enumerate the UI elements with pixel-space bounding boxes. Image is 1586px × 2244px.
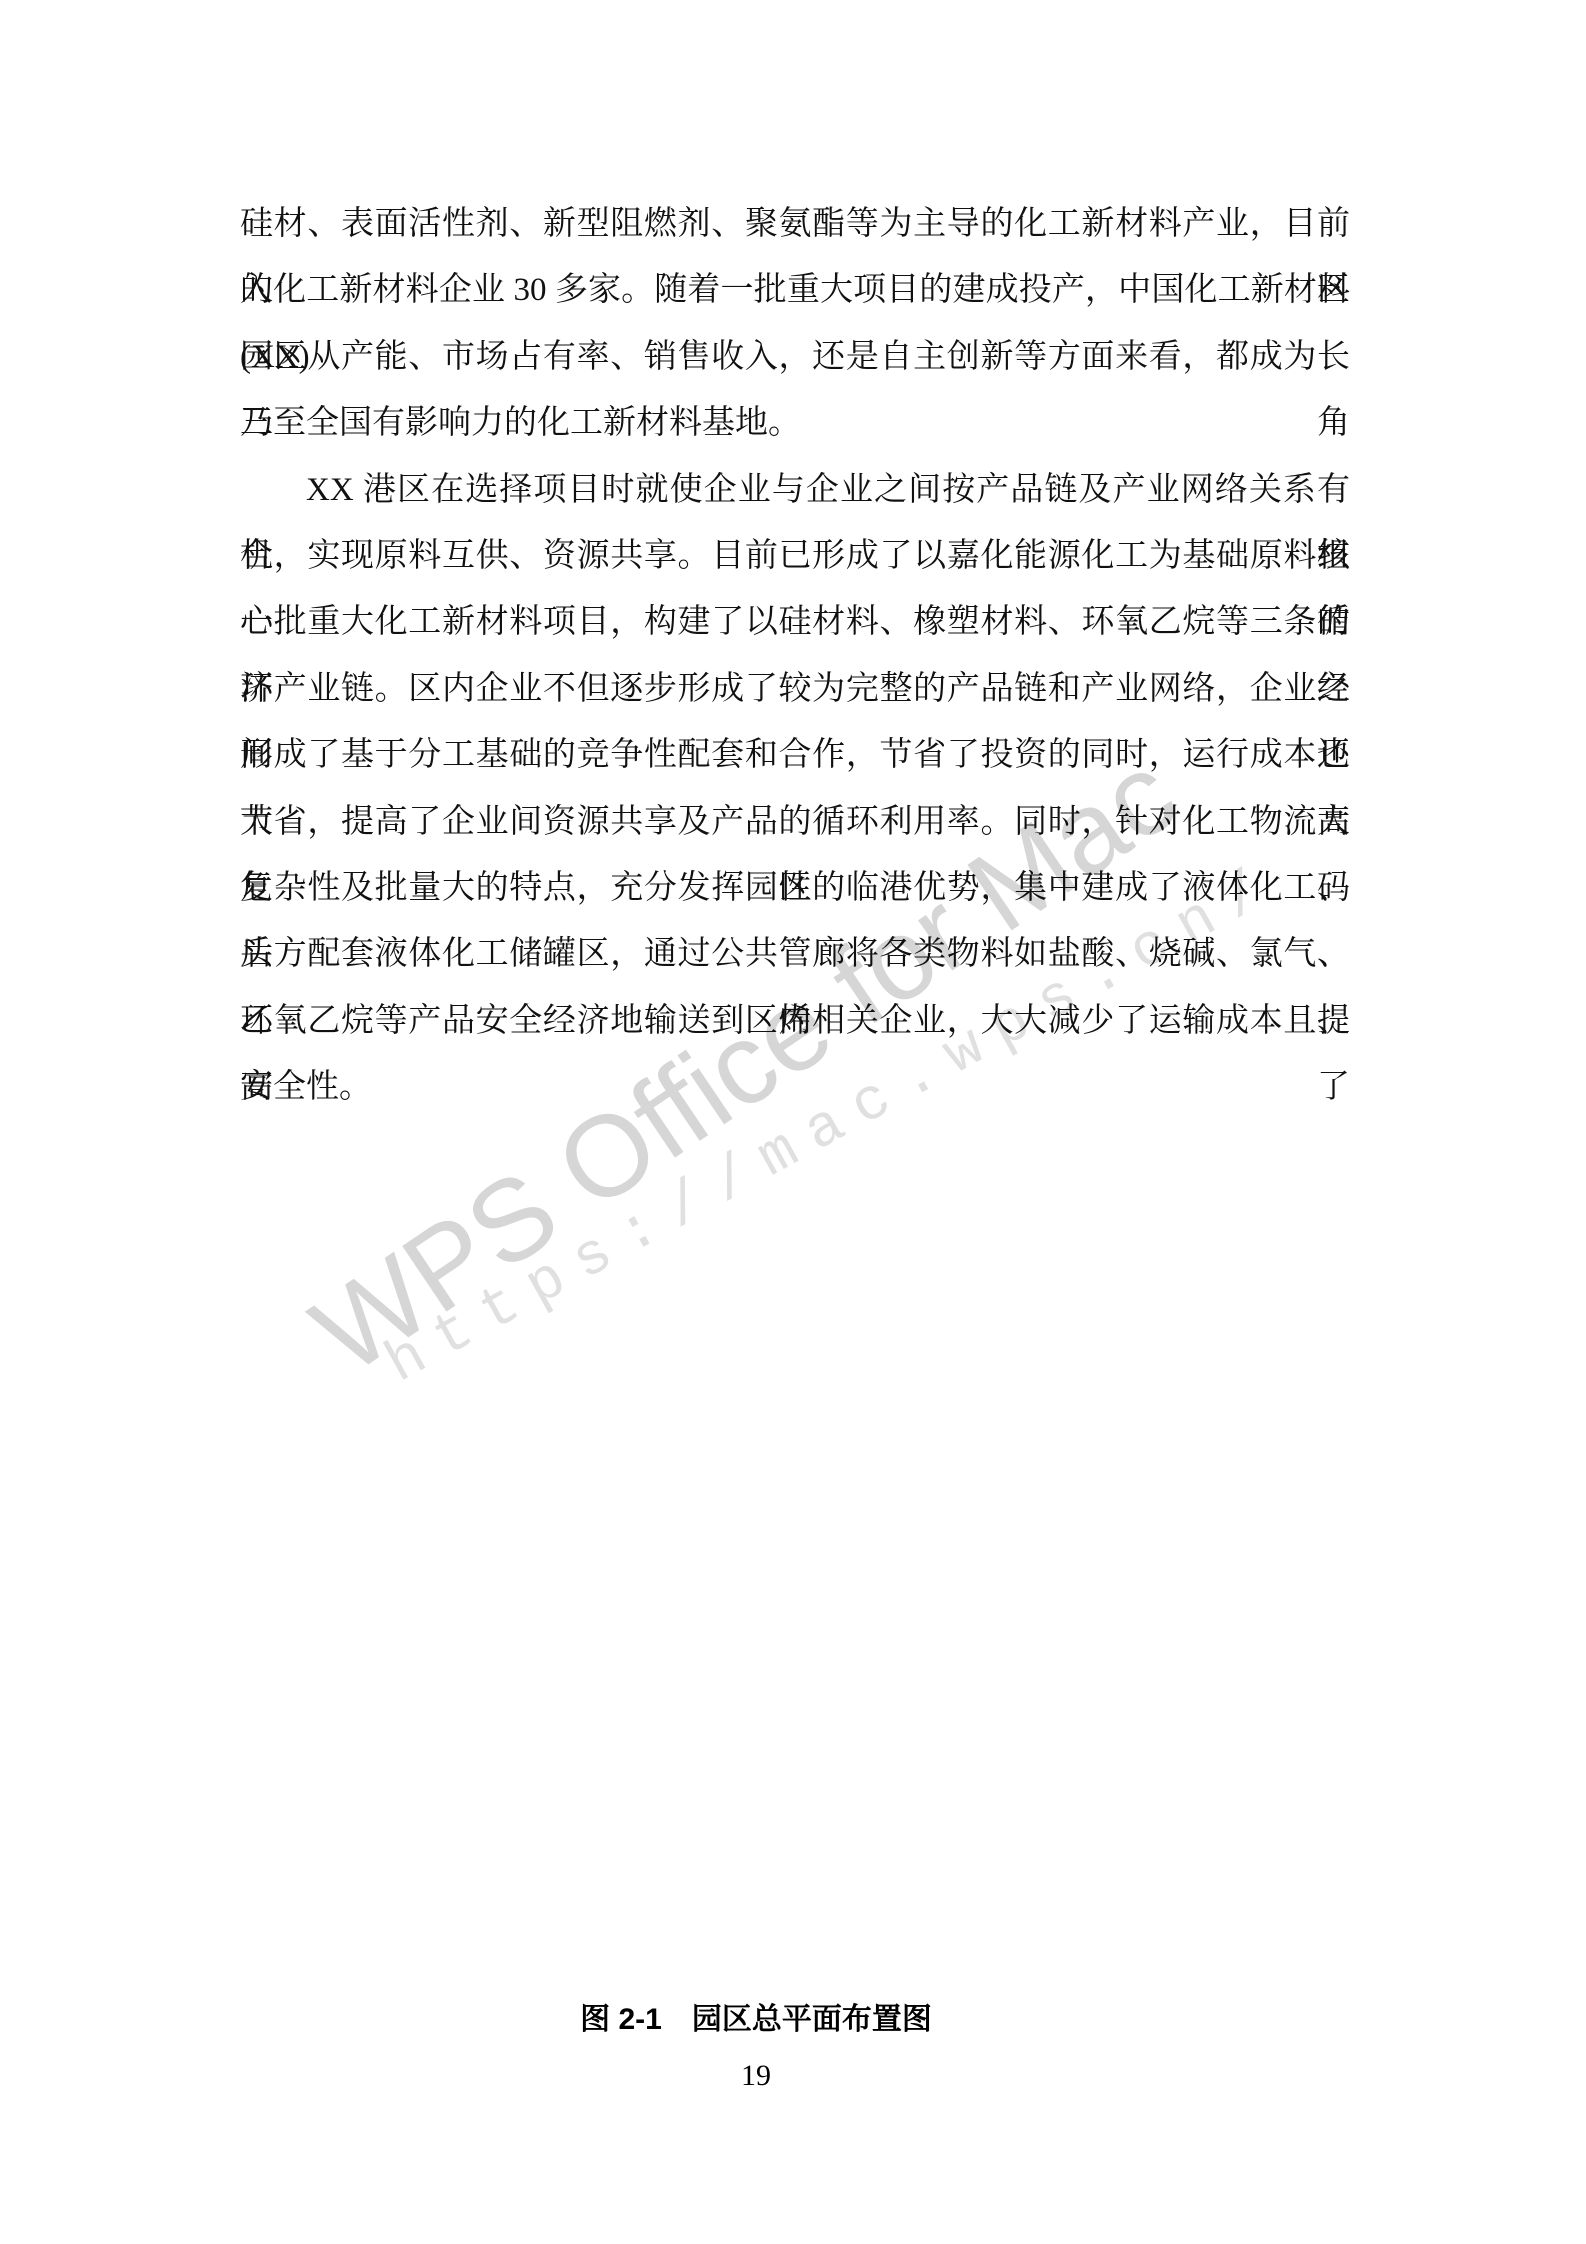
document-page: WPS Office for Mac https://mac.wps.cn/ 硅… [0, 0, 1586, 2244]
body-text: 硅材、表面活性剂、新型阻燃剂、聚氨酯等为主导的化工新材料产业，目前入区的化工新材… [240, 191, 1350, 1120]
page-number: 19 [0, 2056, 1512, 2096]
body-line: XX 港区在选择项目时就使企业与企业之间按产品链及产业网络关系有机组 [240, 457, 1350, 523]
body-line: 园区从产能、市场占有率、销售收入，还是自主创新等方面来看，都成为长三角 [240, 324, 1350, 390]
body-line: 合，实现原料互供、资源共享。目前已形成了以嘉化能源化工为基础原料核心的 [240, 523, 1350, 589]
body-line: 节省，提高了企业间资源共享及产品的循环利用率。同时，针对化工物流高危性、 [240, 789, 1350, 855]
body-line: 济产业链。区内企业不但逐步形成了较为完整的产品链和产业网络，企业之间还 [240, 656, 1350, 722]
body-line: 环氧乙烷等产品安全经济地输送到区内相关企业，大大减少了运输成本且提高了 [240, 988, 1350, 1054]
body-line: 复杂性及批量大的特点，充分发挥园区的临港优势，集中建成了液体化工码头、 [240, 855, 1350, 921]
body-line: 形成了基于分工基础的竞争性配套和合作，节省了投资的同时，运行成本也大大 [240, 722, 1350, 788]
body-line: 硅材、表面活性剂、新型阻燃剂、聚氨酯等为主导的化工新材料产业，目前入区 [240, 191, 1350, 257]
body-line: 后方配套液体化工储罐区，通过公共管廊将各类物料如盐酸、烧碱、氯气、乙烯、 [240, 921, 1350, 987]
body-line: 一批重大化工新材料项目，构建了以硅材料、橡塑材料、环氧乙烷等三条循环经 [240, 589, 1350, 655]
body-line: 的化工新材料企业 30 多家。随着一批重大项目的建成投产，中国化工新材料 (XX… [240, 257, 1350, 323]
figure-caption: 图 2-1 园区总平面布置图 [0, 1998, 1512, 2042]
